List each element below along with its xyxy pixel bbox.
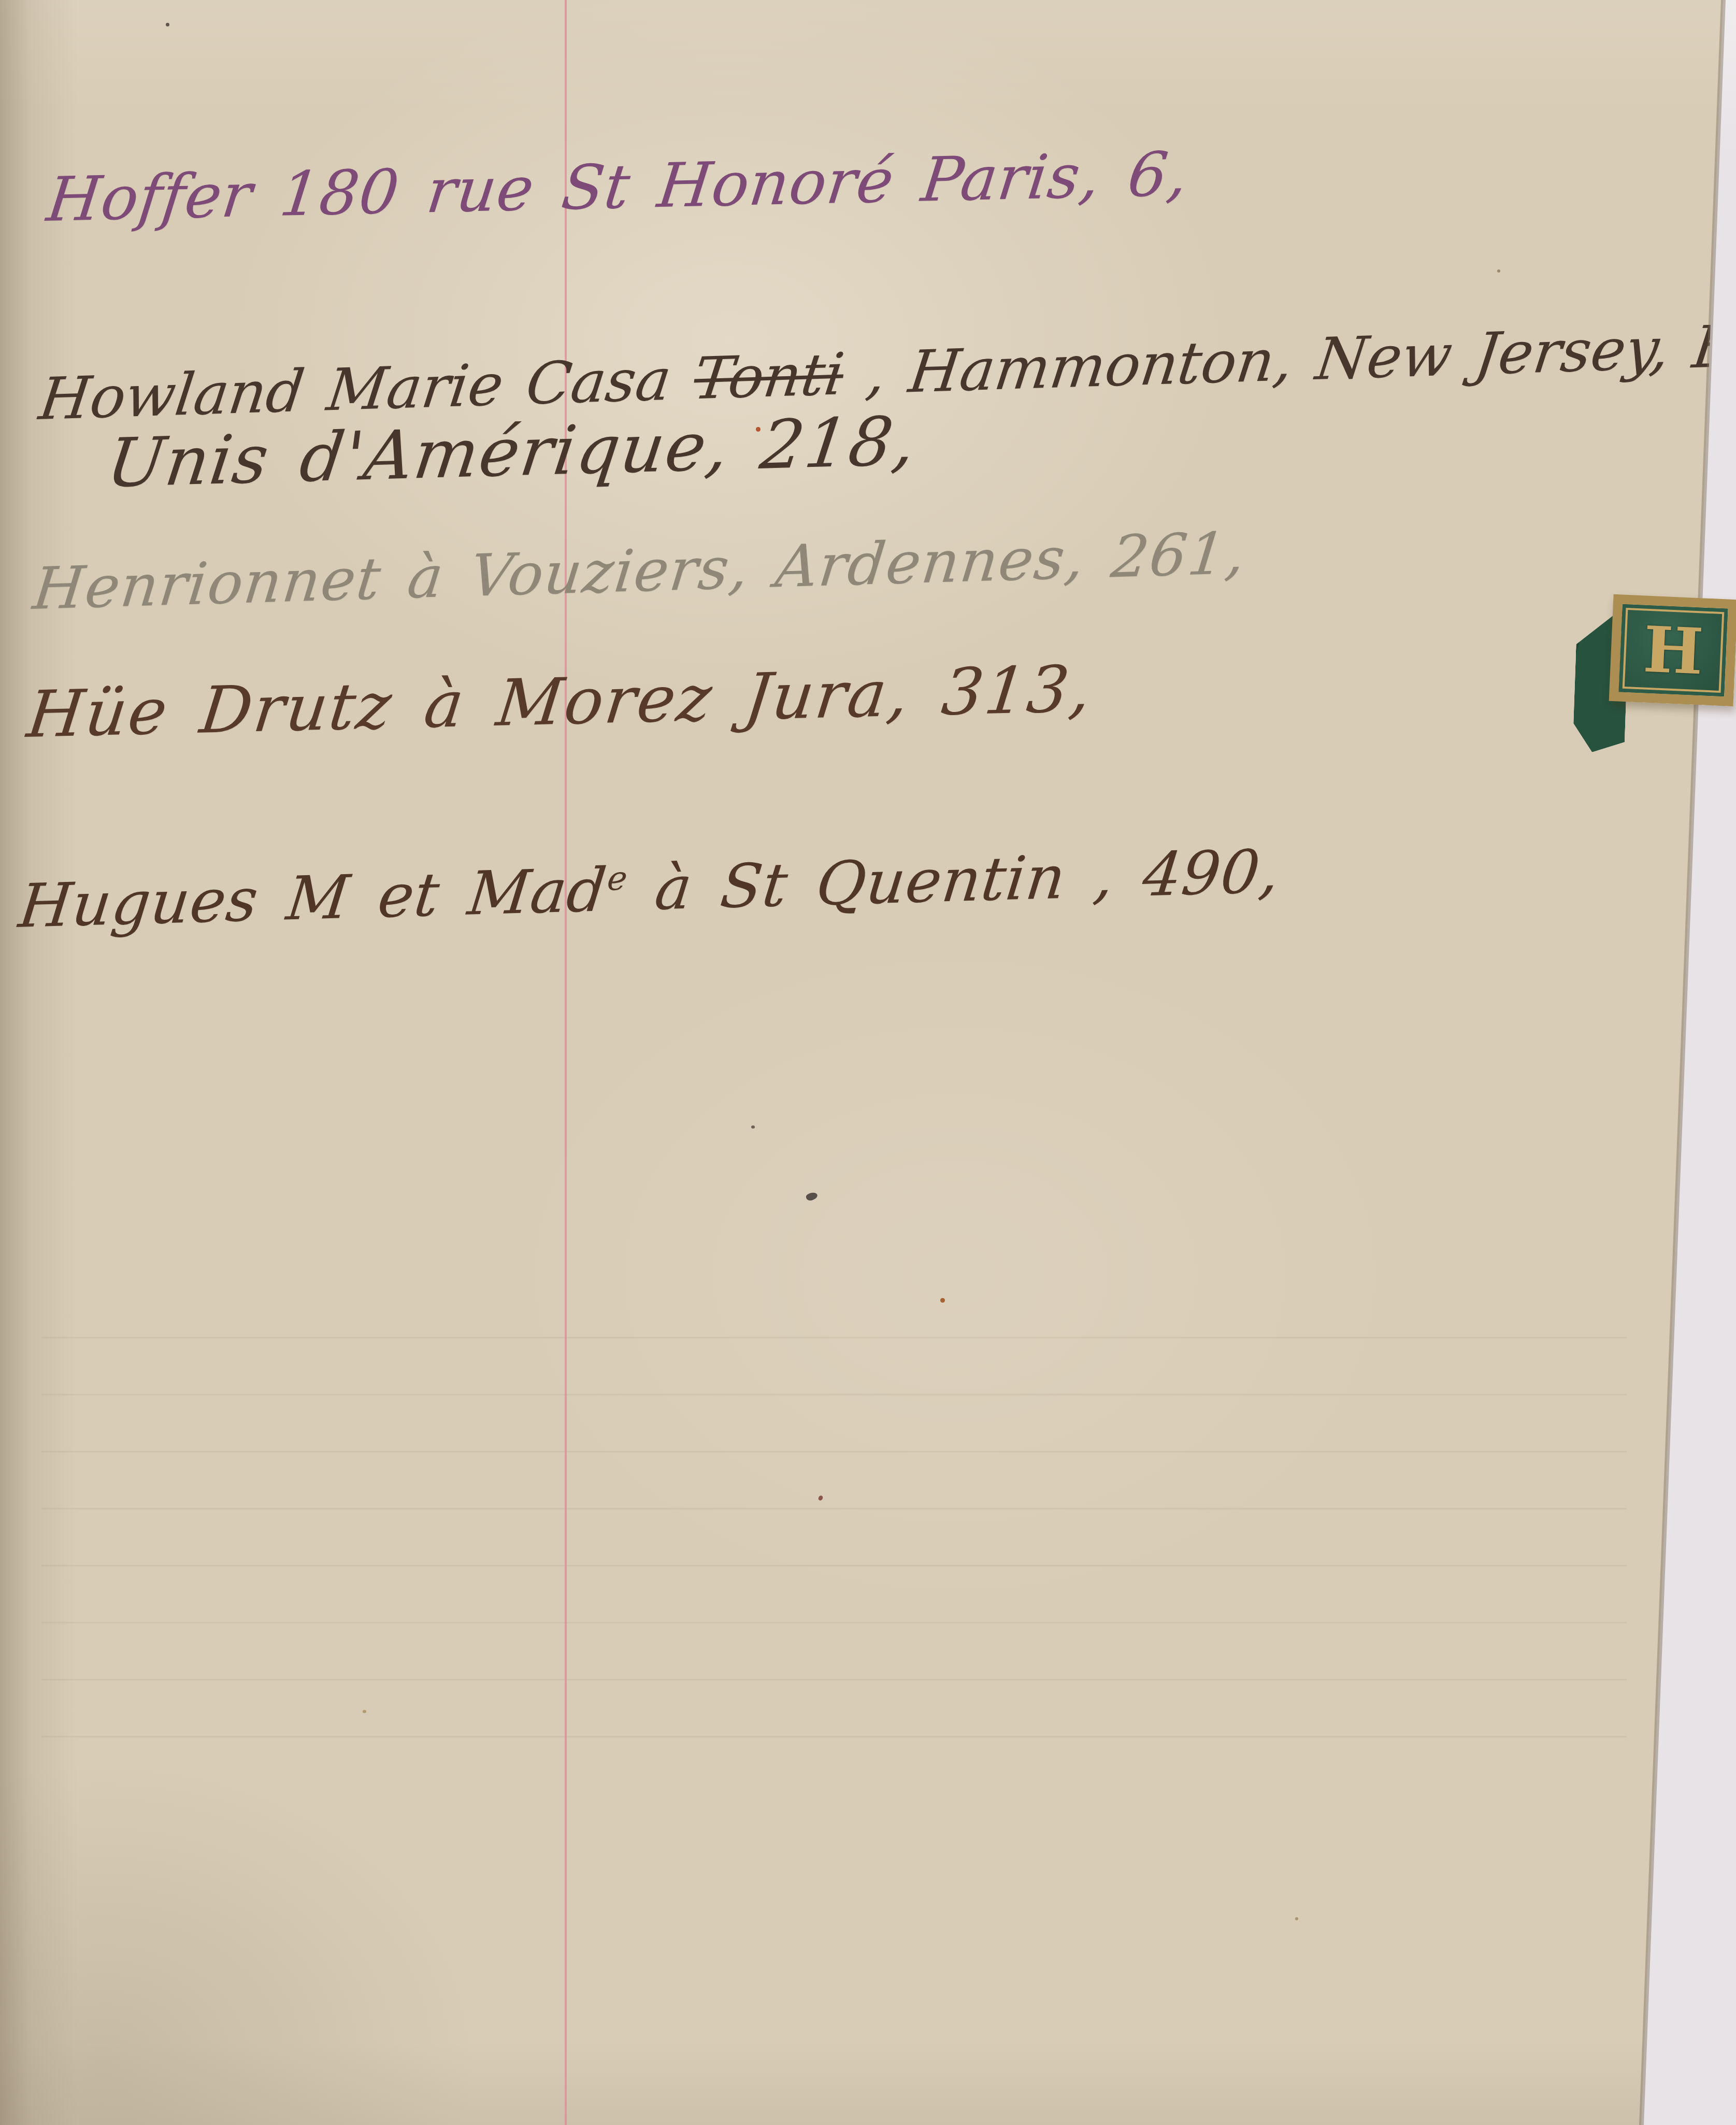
paper-speck <box>751 1125 755 1129</box>
ledger-entry-hue-drutz: Hüe Drutz à Morez Jura, 313, <box>23 652 1096 752</box>
ledger-entry-henrionnet: Henrionnet à Vouziers, Ardennes, 261, <box>30 520 1250 623</box>
index-tab-h: H <box>1609 594 1736 706</box>
entry-text: Hugues M et Mad <box>16 855 610 941</box>
scanned-ledger-page: Hoffer 180 rue St Honoré Paris, 6, Howla… <box>0 0 1736 2125</box>
paper-speck <box>805 1191 818 1202</box>
paper-speck <box>1497 269 1500 273</box>
entry-text: , Hammonton, New Jersey, Etats- <box>839 309 1736 408</box>
ledger-entry-hugues: Hugues M et Made à St Quentin , 490, <box>16 836 1284 942</box>
paper-speck <box>1295 1917 1298 1920</box>
show-through-ruling <box>41 1337 1627 1793</box>
entry-text: à St Quentin , 490, <box>623 836 1284 924</box>
paper-speck <box>756 427 761 432</box>
ledger-entry-hoffer: Hoffer 180 rue St Honoré Paris, 6, <box>44 138 1192 235</box>
paper-speck <box>363 1710 366 1713</box>
paper-speck <box>940 1298 945 1303</box>
margin-rule-line <box>565 0 567 2125</box>
index-tab-letter: H <box>1642 618 1704 683</box>
paper-speck <box>166 23 169 26</box>
struck-word: Tonti <box>690 340 848 412</box>
